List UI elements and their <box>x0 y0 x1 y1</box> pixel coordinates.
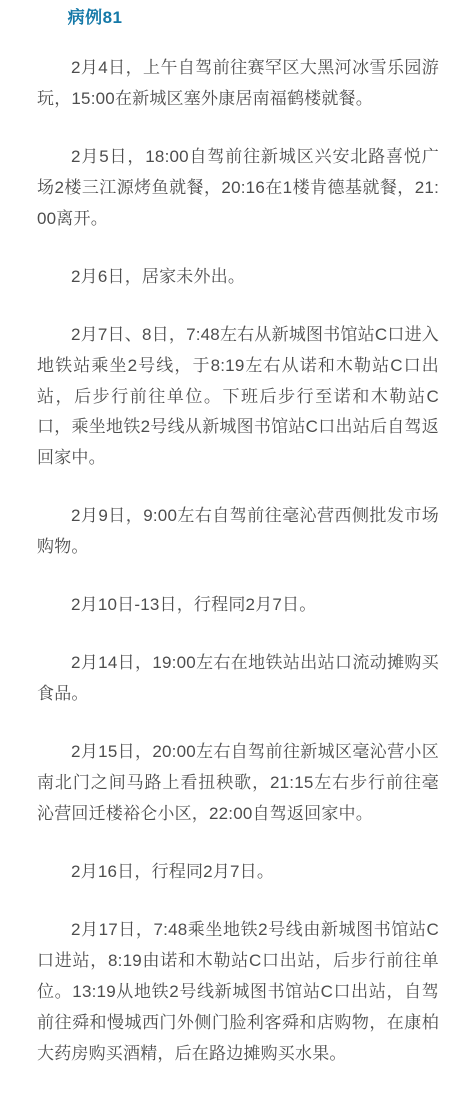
itinerary-paragraph: 2月4日，上午自驾前往赛罕区大黑河冰雪乐园游玩，15:00在新城区塞外康居南福鹤… <box>37 53 439 115</box>
itinerary-paragraph: 2月16日，行程同2月7日。 <box>37 857 439 888</box>
case-number-heading: 病例81 <box>37 4 439 32</box>
itinerary-paragraph: 2月6日，居家未外出。 <box>37 262 439 293</box>
itinerary-paragraph: 2月7日、8日，7:48左右从新城图书馆站C口进入地铁站乘坐2号线，于8:19左… <box>37 320 439 475</box>
itinerary-paragraph: 2月9日，9:00左右自驾前往毫沁营西侧批发市场购物。 <box>37 501 439 563</box>
itinerary-paragraph: 2月17日，7:48乘坐地铁2号线由新城图书馆站C口进站，8:19由诺和木勒站C… <box>37 915 439 1070</box>
itinerary-paragraph: 2月5日，18:00自驾前往新城区兴安北路喜悦广场2楼三江源烤鱼就餐，20:16… <box>37 142 439 235</box>
itinerary-paragraph: 2月10日-13日，行程同2月7日。 <box>37 590 439 621</box>
itinerary-paragraphs: 2月4日，上午自驾前往赛罕区大黑河冰雪乐园游玩，15:00在新城区塞外康居南福鹤… <box>37 53 439 1069</box>
itinerary-paragraph: 2月14日，19:00左右在地铁站出站口流动摊购买食品。 <box>37 648 439 710</box>
itinerary-paragraph: 2月15日，20:00左右自驾前往新城区毫沁营小区南北门之间马路上看扭秧歌，21… <box>37 737 439 830</box>
article-page: 病例81 2月4日，上午自驾前往赛罕区大黑河冰雪乐园游玩，15:00在新城区塞外… <box>0 0 476 1093</box>
